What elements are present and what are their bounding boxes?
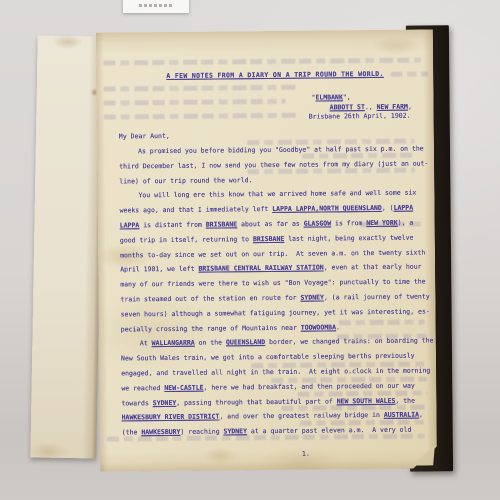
- address-line: "ELMBANK",: [312, 93, 351, 101]
- bleed-through-line: [281, 404, 427, 410]
- bleed-through-line: [360, 222, 424, 228]
- photo-backdrop: 441 A FEW NOTES FROM A DIARY ON A TRIP R…: [0, 0, 500, 500]
- letter-line: many of our friends were there to wish u…: [120, 278, 425, 289]
- letter-title: A FEW NOTES FROM A DIARY ON A TRIP ROUND…: [166, 70, 384, 80]
- bleed-through-line: [104, 99, 286, 106]
- bleed-through-layer: [96, 29, 433, 32]
- diary-book: A FEW NOTES FROM A DIARY ON A TRIP ROUND…: [0, 0, 500, 500]
- bleed-through-line: [339, 320, 425, 326]
- address-line: Brisbane 26th April, 1902.: [309, 112, 411, 121]
- bleed-through-line: [302, 153, 414, 159]
- bleed-through-line: [247, 168, 415, 175]
- typed-letter-page: A FEW NOTES FROM A DIARY ON A TRIP ROUND…: [96, 29, 437, 471]
- letter-line: train steamed out of the station en rout…: [120, 292, 429, 303]
- letter-line: weeks ago, and that I immediately left L…: [120, 204, 414, 215]
- letter-body: As promised you before bidding you "Good…: [96, 29, 433, 32]
- letter-line: seven hours) although a somewhat fatigui…: [121, 307, 430, 318]
- address-line: ABBOTT ST., NEW FARM,: [330, 102, 412, 111]
- letter-salutation: My Dear Aunt,: [119, 132, 170, 140]
- bleed-through-line: [103, 58, 421, 66]
- letter-line: pecially crossing the range of Mountains…: [121, 323, 340, 333]
- bleed-through-line: [104, 113, 300, 120]
- bleed-through-line: [300, 420, 426, 426]
- letter-line: April 1901, we left BRISBANE CENTRAL RAI…: [120, 263, 421, 274]
- letter-line: You will long ere this know that we arri…: [138, 189, 416, 200]
- page-number: 1.: [302, 450, 310, 458]
- bleed-through-line: [103, 85, 299, 92]
- bleed-through-line: [337, 333, 427, 339]
- letter-line: months to-day since we set out on our tr…: [120, 248, 425, 259]
- letter-line: engaged, and travelled all night in the …: [121, 366, 430, 377]
- bleed-through-line: [390, 71, 428, 76]
- letter-line: New South Wales train, we got into a com…: [121, 352, 415, 363]
- letter-line: good trip in itself, returning to BRISBA…: [120, 233, 414, 244]
- letter-address-block: "ELMBANK",ABBOTT ST., NEW FARM,Brisbane …: [96, 29, 433, 32]
- letter-line: line) of our trip round the world.: [119, 176, 252, 185]
